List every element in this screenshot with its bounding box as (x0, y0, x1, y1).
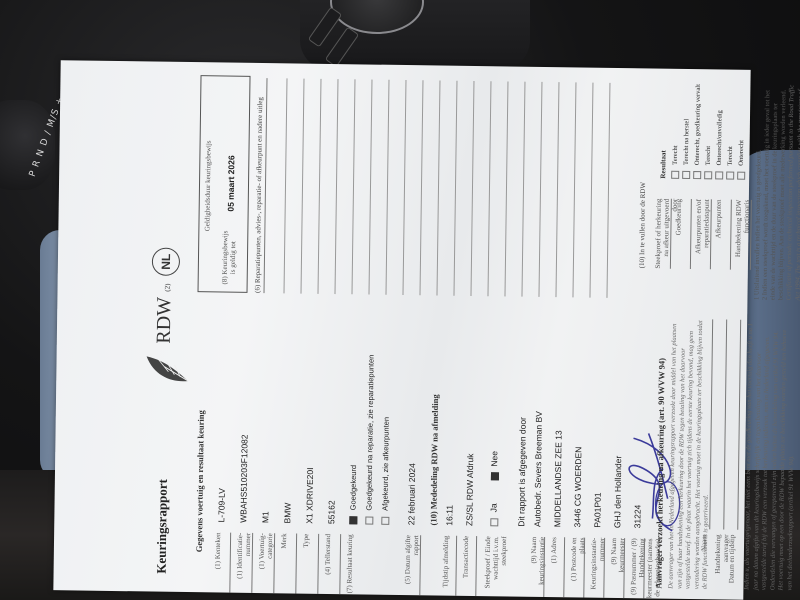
repair-line (436, 80, 440, 295)
validity-label: (8) Keuringsbewijs is geldig tot (221, 227, 238, 287)
rdw-result-heading: Resultaat (659, 150, 667, 178)
steekproef-label: Steekproef / Einde wachttijd i.v.m. stee… (483, 536, 508, 596)
repair-line (606, 83, 610, 298)
divider (690, 199, 692, 269)
repair-line (470, 81, 474, 296)
vehicle-field-value: BMW (282, 503, 292, 524)
rdw-result-checkbox (682, 171, 690, 179)
result-checkbox (349, 516, 357, 524)
steekproef-options: Ja Nee (488, 451, 499, 526)
rdw-result-option: Terecht (704, 146, 712, 180)
result-checkbox (365, 517, 373, 525)
validity-box: Geldigheidsduur keuringsbewijs (8) Keuri… (198, 75, 251, 293)
result-option: Afgekeurd, zie afkeurpunten (380, 417, 391, 525)
rdw-result-option: Terecht na herstel (682, 119, 691, 179)
repair-lines (133, 61, 140, 591)
issue-date-value: 22 februari 2024 (406, 463, 417, 525)
validity-heading: Geldigheidsduur keuringsbewijs (203, 140, 212, 231)
station-field-value: 3446 CG WOERDEN (572, 447, 583, 528)
repair-line (521, 82, 525, 297)
rdw-field-value: 16:11 (444, 505, 454, 526)
rdw-field-label: Tijdstip afmelding (441, 536, 450, 596)
validity-date: 05 maart 2026 (226, 155, 237, 211)
rdw-notice-heading: (10) Mededeling RDW na afmelding (428, 394, 440, 525)
applicant-field-label: Datum en tijdstip (727, 535, 736, 590)
station-fields: (9) Naam keuringsinstantieAutobedr. Seve… (133, 61, 140, 591)
divider (339, 534, 341, 594)
vehicle-section-heading: Gegevens voertuig en resultaat keuring (194, 410, 206, 552)
result-option-label: Goedgekeurd na reparatie, zie reparatiep… (364, 355, 375, 511)
issue-date-label: (5) Datum afgifte rapport (403, 535, 420, 595)
repair-line (300, 79, 304, 294)
footnotes: 1 Uitsluitend invullen indien het voertu… (753, 80, 788, 300)
rdw-only-fields: Steekproef of herkeuring na afkeur uitge… (133, 61, 140, 591)
applicant-field-label: Naam (699, 534, 708, 589)
inspection-report-paper: Keuringsrapport RDW (2) NL Gegevens voer… (53, 60, 750, 600)
result-options: GoedgekeurdGoedgekeurd na reparatie, zie… (133, 61, 140, 591)
nl-country-badge: NL (152, 248, 180, 276)
rdw-result-label: Terecht (727, 146, 734, 166)
repair-line (504, 81, 508, 296)
steekproef-yes-checkbox (490, 518, 498, 526)
steekproef-no-label: Nee (489, 451, 499, 467)
rdw-only-field-label: Goedkeuring (674, 199, 683, 269)
rdw-result-option: Terecht (726, 146, 734, 180)
divider (475, 536, 477, 596)
result-label: (7) Resultaat keuring (345, 534, 354, 594)
repair-line (538, 82, 542, 297)
station-field-value: PA01P01 (592, 492, 602, 527)
result-checkbox (381, 517, 389, 525)
rdw-result-option: Terecht (671, 145, 679, 179)
repair-line (487, 81, 491, 296)
result-option: Goedgekeurd (348, 465, 358, 525)
rdw-only-field-label: Handtekening RDW functionaris (734, 200, 751, 270)
vehicle-field-value: L-709-LV (216, 488, 226, 522)
divider (455, 536, 457, 596)
divider (273, 533, 275, 593)
divider (317, 534, 319, 594)
rdw-result-label: Terecht (672, 145, 679, 165)
rdw-result-checkbox (726, 172, 734, 180)
english-notice: Certificate of periodic technical inspec… (785, 80, 800, 300)
rdw-only-heading: (10) In te vullen door de RDW (638, 182, 647, 268)
station-field-label: (1) Adres (549, 537, 558, 597)
vehicle-fields: (1) KentekenL-709-LV(1) Identificatie-nu… (133, 61, 140, 591)
vehicle-field-label: Type (301, 534, 310, 594)
repair-line (453, 81, 457, 296)
repair-line (589, 83, 593, 298)
divider (251, 533, 253, 593)
country-ref: (2) (164, 283, 172, 291)
rdw-only-field-label: Afkeurpunten (714, 199, 723, 269)
vehicle-field-value: WBAHS510203F12082 (238, 434, 249, 523)
applicant-field-line (737, 320, 741, 530)
rdw-result-checkbox (704, 171, 712, 179)
divider (229, 533, 231, 593)
rdw-result-option: Onterecht (737, 140, 746, 180)
divider (295, 534, 297, 594)
rdw-result-label: Terecht na herstel (683, 119, 691, 165)
repairs-heading: (6) Reparatiepunten, advies-, reparatie-… (254, 97, 265, 293)
vehicle-field-label: (4) Tellerstand (323, 534, 332, 594)
station-field-value: MIDDELLANDSE ZEE 13 (552, 430, 563, 527)
repair-line (317, 79, 321, 294)
repair-line (351, 79, 355, 294)
rdw-result-checkbox (671, 171, 679, 179)
divider (563, 537, 565, 597)
report-page: Keuringsrapport RDW (2) NL Gegevens voer… (133, 61, 800, 600)
steekproef-no-checkbox (491, 473, 499, 481)
rdw-brand: RDW (153, 297, 177, 344)
vehicle-field-value: X1 XDRIVE20I (304, 467, 315, 523)
repair-line (419, 80, 423, 295)
report-title: Keuringsrapport (154, 479, 171, 574)
repair-line (284, 78, 288, 293)
legal-text: Indien u, als voertuigeigenaar, het niet… (743, 320, 798, 591)
rdw-result-checkbox (715, 171, 723, 179)
vehicle-field-label: (1) Voertuig-categorie (257, 533, 274, 593)
rdw-result-options: TerechtTerecht na herstelOnterecht, goed… (133, 61, 140, 591)
applicant-fields: NaamHandtekening aanvragerDatum en tijds… (133, 61, 140, 591)
divider (710, 199, 712, 269)
vehicle-field-value: 55162 (326, 500, 336, 524)
rdw-result-label: Onterecht, goedkeuring vervalt (694, 84, 702, 165)
result-option-label: Afgekeurd, zie afkeurpunten (380, 417, 390, 511)
vehicle-field-value: M1 (260, 511, 270, 523)
repair-line (334, 79, 338, 294)
applicant-field-line (723, 320, 727, 530)
divider (730, 200, 732, 270)
repair-line (368, 80, 372, 295)
vehicle-field-label: (1) Kenteken (213, 532, 222, 592)
rdw-result-option: Onterecht, goedkeuring vervalt (693, 84, 702, 179)
result-option: Goedgekeurd na reparatie, zie reparatiep… (364, 355, 375, 525)
rdw-field-label: Transactiecode (461, 536, 470, 596)
rdw-result-checkbox (693, 171, 701, 179)
steekproef-yes-label: Ja (488, 503, 498, 512)
rdw-result-option: Onterecht/onvolledig (715, 110, 724, 179)
repair-line (402, 80, 406, 295)
vehicle-field-label: Merk (279, 533, 288, 593)
repair-line (572, 82, 576, 297)
divider (750, 200, 752, 270)
repair-line (555, 82, 559, 297)
rdw-field-value: ZS/SL RDW Afdruk (464, 453, 475, 526)
rdw-only-field-label: Afkeurpunten en/of reparatiedatapunt (694, 199, 711, 269)
issued-by-text: Dit rapport is afgegeven door (516, 417, 528, 527)
feather-logo-icon (144, 350, 190, 387)
rdw-result-label: Terecht (705, 146, 712, 166)
rdw-result-label: Onterecht/onvolledig (716, 110, 724, 165)
rdw-fields: Tijdstip afmelding16:11TransactiecodeZS/… (133, 61, 140, 591)
repair-line (385, 80, 389, 295)
rdw-result-label: Onterecht (738, 140, 745, 166)
objection-heading: Aanvrager verzoekt herkeuring na afkeuri… (653, 309, 667, 589)
result-option-label: Goedgekeurd (348, 465, 358, 511)
rdw-result-checkbox (737, 172, 745, 180)
vehicle-field-label: (1) Identificatie-nummer (235, 533, 252, 593)
station-field-value: Autobedr. Severs Breeman BV (532, 411, 544, 527)
footnote: 2 Indien een steekproef wordt toegekend,… (761, 80, 788, 300)
